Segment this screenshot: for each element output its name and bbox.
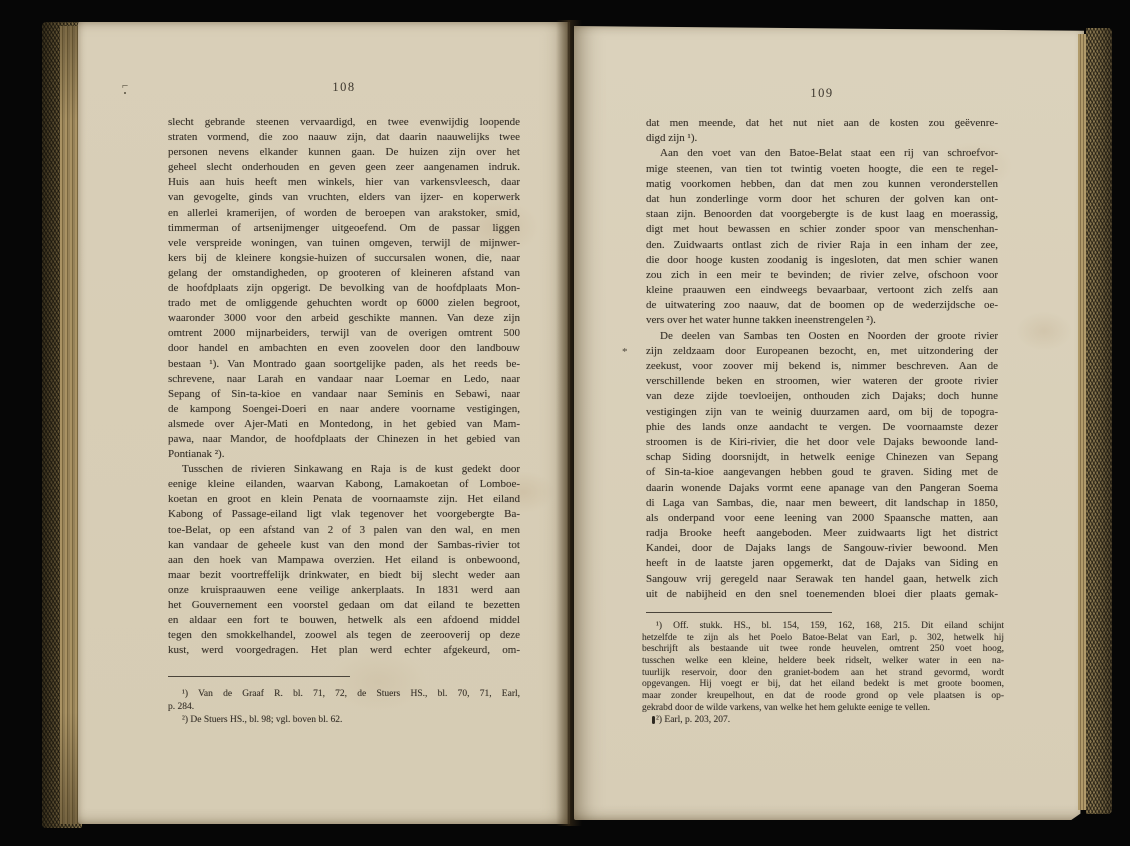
text-line: waaronder 3000 voor den arbeid geschikte…: [168, 311, 520, 326]
page-text-right: dat men meende, dat het nut niet aan de …: [646, 116, 998, 602]
text-line: tuurlijk reservoir, door den graniet-bod…: [642, 668, 1004, 680]
text-line: digd zijn ¹).: [646, 131, 998, 146]
text-line: schrevene, naar Larah en vandaar naar Lo…: [168, 372, 520, 387]
text-line: Sangouw vrij geregeld naar Serawak ten h…: [646, 572, 998, 587]
text-line: vele verspreide woningen, van tuinen omg…: [168, 236, 520, 251]
book-fore-edge-right: [1086, 28, 1112, 814]
text-line: tegen den smokkelhandel, zoowel als tege…: [168, 628, 520, 643]
text-line: ¹) Off. stukk. HS., bl. 154, 159, 162, 1…: [642, 621, 1004, 633]
text-line: pawa, naar Mandor, de hoofdplaats der Ch…: [168, 432, 520, 447]
text-line: koetan en groot en klein Penata de voorn…: [168, 492, 520, 507]
printer-mark: ⌐: [122, 80, 128, 92]
text-line: omtrent 2000 mijnarbeiders, terwijl van …: [168, 326, 520, 341]
footnotes-left: ¹) Van de Graaf R. bl. 71, 72, de Stuers…: [168, 688, 520, 726]
footnote-rule-left: [168, 676, 350, 677]
text-line: straten vormend, die zoo naauw zijn, dat…: [168, 130, 520, 145]
text-line: uit de nabijheid en den snel toenemenden…: [646, 587, 998, 602]
text-line: geheel slecht onderhouden en geven geen …: [168, 160, 520, 175]
text-line: ²) Earl, p. 203, 207.: [642, 715, 1004, 727]
text-line: maar zonder kreupelhout, en dat de roode…: [642, 691, 1004, 703]
text-line: Tusschen de rivieren Sinkawang en Raja i…: [168, 462, 520, 477]
text-line: toe-Belat, op een afstand van 2 of 3 pal…: [168, 523, 520, 538]
text-line: slecht gebrande steenen vervaardigd, en …: [168, 115, 520, 130]
text-line: vers over het water hunne takken ineenst…: [646, 313, 998, 328]
page-right: * 109 dat men meende, dat het nut niet a…: [574, 26, 1084, 820]
text-line: radja Brooke heeft aangeboden. Meer zuid…: [646, 526, 998, 541]
text-line: verschillende beken en stroomen, wier wa…: [646, 374, 998, 389]
text-line: kleine praauwen een eindweegs bevaarbaar…: [646, 283, 998, 298]
text-line: alsmede over Ajer-Mati en Montedong, in …: [168, 417, 520, 432]
text-line: phie des lands onze aandacht te vergen. …: [646, 420, 998, 435]
text-line: digt met hout bewassen en schier zonder …: [646, 222, 998, 237]
text-line: stroomen is de Kiri-rivier, die het door…: [646, 435, 998, 450]
text-line: mige steenen, van tien tot twintig voete…: [646, 162, 998, 177]
text-line: de hoofdplaats zijn opgerigt. De bevolki…: [168, 281, 520, 296]
text-line: dat hun zonderlinge vorm door het schure…: [646, 192, 998, 207]
text-line: onze kruispraauwen eene veilige ankerpla…: [168, 583, 520, 598]
text-line: dat men meende, dat het nut niet aan de …: [646, 116, 998, 131]
text-line: Huis aan huis heeft men winkels, hier va…: [168, 175, 520, 190]
text-line: gekrabd door de wilde varkens, van welke…: [642, 703, 1004, 715]
text-line: heeft in de laatste jaren opgemerkt, dat…: [646, 556, 998, 571]
text-line: p. 284.: [168, 701, 520, 714]
text-line: trado met de omliggende gehuchten wordt …: [168, 296, 520, 311]
text-line: de uitwatering zoo naauw, dat de boomen …: [646, 298, 998, 313]
text-line: ²) De Stuers HS., bl. 98; vgl. boven bl.…: [168, 714, 520, 727]
text-line: Sepang of Sin-ta-kioe en vandaar naar Se…: [168, 387, 520, 402]
text-line: timmerman of artsenijmenger uitgeoefend.…: [168, 221, 520, 236]
text-line: die door hooge kusten zoodanig is ingesl…: [646, 253, 998, 268]
footnote-rule-right: [646, 612, 832, 613]
text-line: vestigingen zijn van te weinig duurzamen…: [646, 405, 998, 420]
text-line: en allerlei kramerijen, of worden de ber…: [168, 206, 520, 221]
text-line: bestaan ¹). Van Montrado gaan soortgelij…: [168, 357, 520, 372]
text-line: Aan den voet van den Batoe-Belat staat e…: [646, 146, 998, 161]
text-line: zijn zeldzaam door Europeanen bezocht, e…: [646, 344, 998, 359]
text-line: de kampong Soengei-Doeri en naar andere …: [168, 402, 520, 417]
page-number-left: 108: [168, 80, 520, 95]
text-line: en aldaar een fort te bouwen, hetwelk al…: [168, 613, 520, 628]
text-line: opgevangen. Hij voegt er bij, dat het ei…: [642, 679, 1004, 691]
text-line: matig voorkomen hebben, dan dat men zou …: [646, 177, 998, 192]
text-line: schap Siding doorsnijdt, in hetwelk eeni…: [646, 450, 998, 465]
text-line: De deelen van Sambas ten Oosten en Noord…: [646, 329, 998, 344]
text-line: beschrijft als bestaande uit twee ronde …: [642, 644, 1004, 656]
text-line: Kabong of Passage-eiland ligt vlak tegen…: [168, 507, 520, 522]
text-line: daarin wonende Dajaks vormt eene apanage…: [646, 481, 998, 496]
text-line: van gevogelte, ginds van vruchten, elder…: [168, 190, 520, 205]
text-line: of Sin-ta-kioe aangevangen hebben goud t…: [646, 465, 998, 480]
page-number-right: 109: [646, 86, 998, 101]
text-line: di Laga van Sambas, die, naar men beweer…: [646, 496, 998, 511]
text-line: kust, werd voorgedragen. Het plan werd e…: [168, 643, 520, 658]
text-line: den. Zuidwaarts ontlast zich de rivier R…: [646, 238, 998, 253]
book-photo: ⌐ 108 slecht gebrande steenen vervaardig…: [0, 0, 1130, 846]
text-line: kers bij de kleinere kongsie-huizen of s…: [168, 251, 520, 266]
text-line: Pontianak ²).: [168, 447, 520, 462]
text-line: als onderpand voor eene leening van 2000…: [646, 511, 998, 526]
text-line: aan den hoek van Mampawa overzien. Het e…: [168, 553, 520, 568]
text-line: hetzelfde te zijn als het Poelo Batoe-Be…: [642, 633, 1004, 645]
text-line: zeekust, voor zoover mij bekend is, nimm…: [646, 359, 998, 374]
text-line: eenige kleine eilanden, waarvan Kabong, …: [168, 477, 520, 492]
text-line: tusschen welke een kleine, heldere beek …: [642, 656, 1004, 668]
text-line: zou zich in een meir te bevinden; de riv…: [646, 268, 998, 283]
text-line: ¹) Van de Graaf R. bl. 71, 72, de Stuers…: [168, 688, 520, 701]
text-line: van deze zijde toevloeijen, onthouden zi…: [646, 389, 998, 404]
text-line: Kandei, door de Dajaks langs de Sangouw-…: [646, 541, 998, 556]
text-line: het Gouvernement een voorstel gedaan om …: [168, 598, 520, 613]
footnotes-right: ¹) Off. stukk. HS., bl. 154, 159, 162, 1…: [642, 621, 1004, 726]
text-line: personen nevens elkander kunnen gaan. De…: [168, 145, 520, 160]
page-text-left: slecht gebrande steenen vervaardigd, en …: [168, 115, 520, 658]
text-line: kan vandaar de geheele kust van den mond…: [168, 538, 520, 553]
text-line: maar bezit voortreffelijk drinkwater, en…: [168, 568, 520, 583]
text-line: staan zijn. Benoorden dat voorgebergte i…: [646, 207, 998, 222]
page-left: ⌐ 108 slecht gebrande steenen vervaardig…: [78, 22, 570, 824]
text-line: door handel en ambachten en even zoovele…: [168, 341, 520, 356]
margin-mark: *: [622, 346, 628, 358]
text-line: gelang der omstandigheden, op grooteren …: [168, 266, 520, 281]
